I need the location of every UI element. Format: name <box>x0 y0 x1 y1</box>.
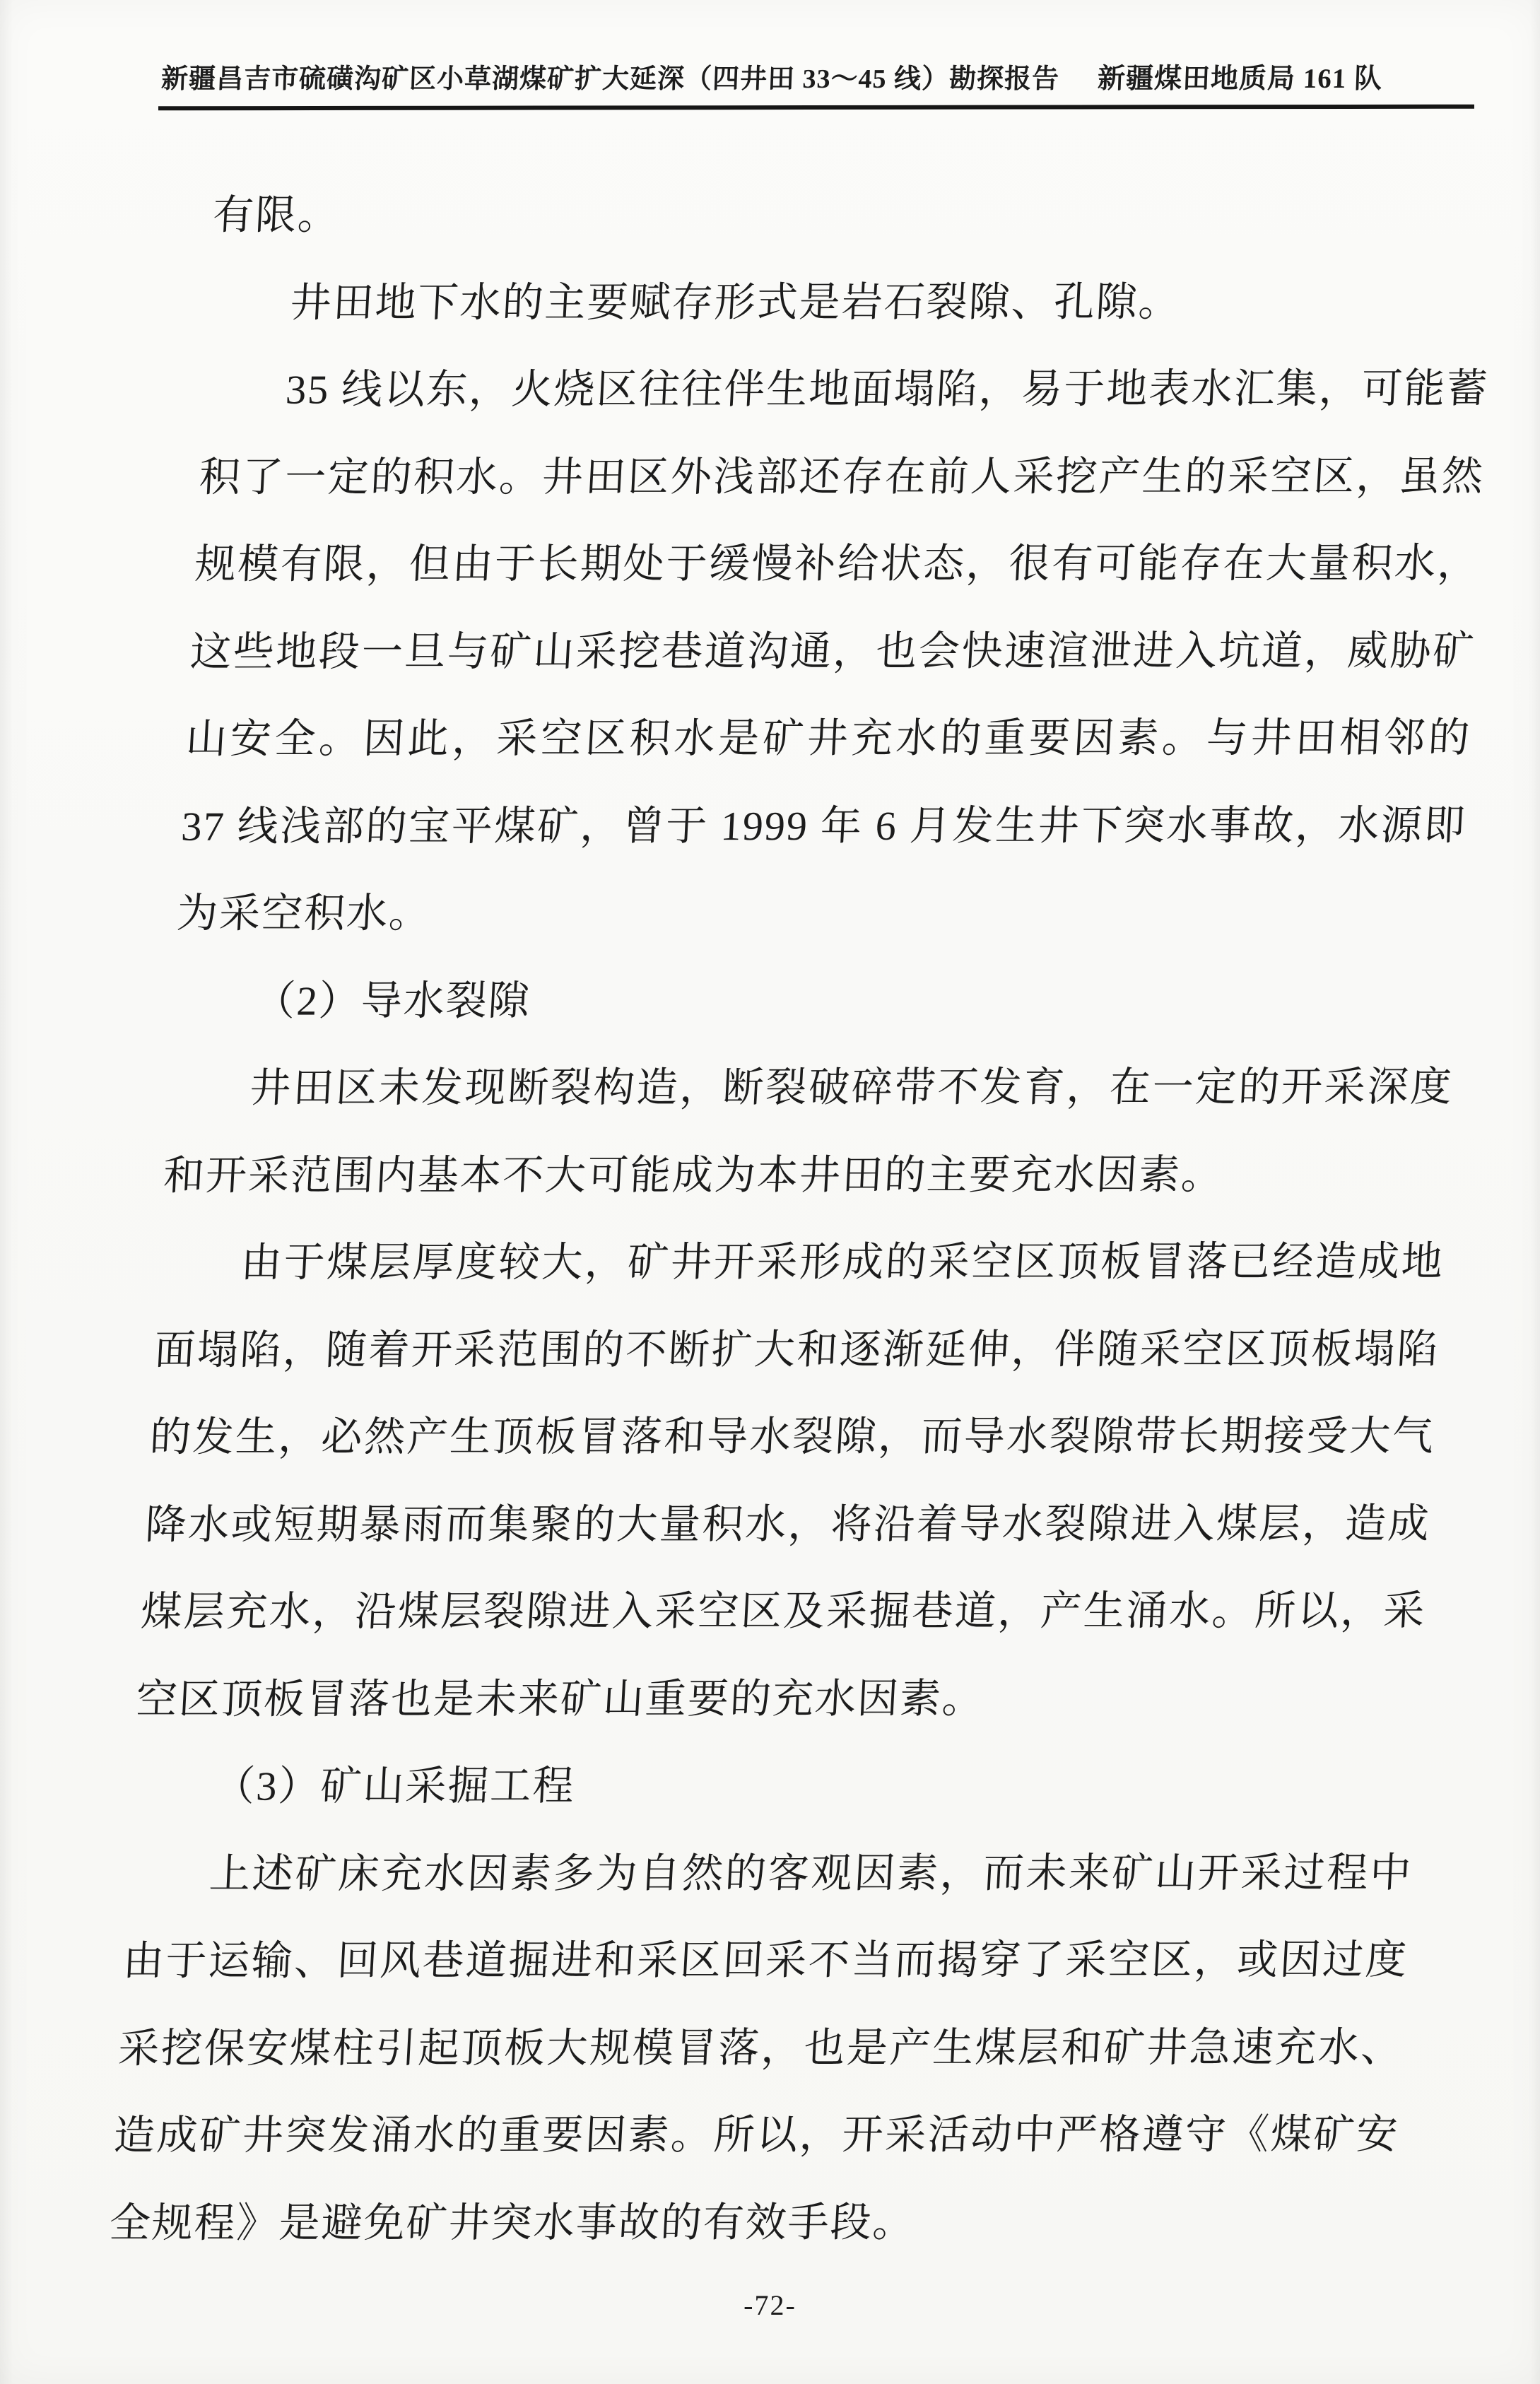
page-header: 新疆昌吉市硫磺沟矿区小草湖煤矿扩大延深（四井田 33～45 线）勘探报告 新疆煤… <box>160 59 1475 99</box>
page-number: -72- <box>0 2289 1540 2322</box>
paragraph: （3）矿山采掘工程 <box>129 1742 1418 1830</box>
header-organization: 新疆煤田地质局 161 队 <box>1097 59 1383 99</box>
paragraph: （2）导水裂隙 <box>170 956 1459 1045</box>
paragraph: 有限。 <box>211 170 1500 259</box>
header-report-title: 新疆昌吉市硫磺沟矿区小草湖煤矿扩大延深（四井田 33～45 线）勘探报告 <box>160 59 1060 99</box>
header-divider-rule <box>158 105 1474 111</box>
paragraph: 35 线以东，火烧区往往伴生地面塌陷，易于地表水汇集，可能蓄积了一定的积水。井田… <box>175 345 1491 957</box>
paragraph: 上述矿床充水因素多为自然的客观因素，而未来矿山开采过程中由于运输、回风巷道掘进和… <box>107 1829 1415 2267</box>
scanned-document-page: 新疆昌吉市硫磺沟矿区小草湖煤矿扩大延深（四井田 33～45 线）勘探报告 新疆煤… <box>0 0 1540 2384</box>
paragraph: 由于煤层厚度较大，矿井开采形成的采空区顶板冒落已经造成地面塌陷，随着开采范围的不… <box>134 1218 1446 1743</box>
document-body-text: 有限。井田地下水的主要赋存形式是岩石裂隙、孔隙。35 线以东，火烧区往往伴生地面… <box>107 170 1500 2267</box>
paragraph: 井田地下水的主要赋存形式是岩石裂隙、孔隙。 <box>206 258 1495 346</box>
paragraph: 井田区未发现断裂构造，断裂破碎带不发育，在一定的开采深度和开采范围内基本不大可能… <box>161 1043 1455 1219</box>
